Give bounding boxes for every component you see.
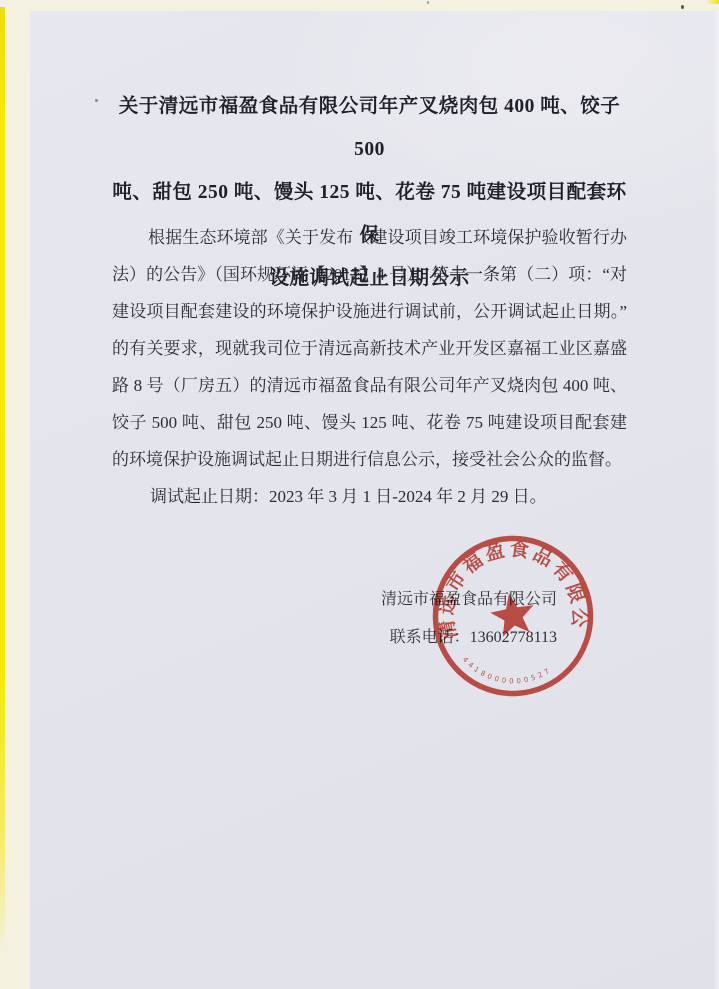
body-line: 建设项目配套建设的环境保护设施进行调试前，公开调试起止日期。” xyxy=(112,293,627,330)
scan-speck xyxy=(681,5,684,9)
document-page: 关于清远市福盈食品有限公司年产叉烧肉包 400 吨、饺子 500吨、甜包 250… xyxy=(30,11,719,989)
body-line: 调试起止日期：2023 年 3 月 1 日-2024 年 2 月 29 日。 xyxy=(112,478,627,515)
scan-speck xyxy=(95,99,98,102)
stamp-star-icon xyxy=(487,590,537,639)
body-line: 的环境保护设施调试起止日期进行信息公示，接受社会公众的监督。 xyxy=(112,441,627,478)
scanned-document: 关于清远市福盈食品有限公司年产叉烧肉包 400 吨、饺子 500吨、甜包 250… xyxy=(0,0,719,989)
scan-edge-yellow-strip xyxy=(0,7,5,955)
title-line: 关于清远市福盈食品有限公司年产叉烧肉包 400 吨、饺子 500 xyxy=(112,85,627,171)
scan-speck xyxy=(427,1,429,4)
scan-edge-yellow-fleck xyxy=(706,0,719,4)
body-line: 的有关要求，现就我司位于清远高新技术产业开发区嘉福工业区嘉盛 xyxy=(112,330,627,367)
body-line: 饺子 500 吨、甜包 250 吨、馒头 125 吨、花卷 75 吨建设项目配套… xyxy=(112,404,627,441)
body-line: 法）的公告》（国环规环评【2017】4 号），第十一条第（二）项：“对 xyxy=(112,256,627,293)
company-stamp: 清远市福盈食品有限公司 4418000000527 xyxy=(425,528,601,704)
body-line: 根据生态环境部《关于发布（建设项目竣工环境保护验收暂行办 xyxy=(112,219,627,256)
document-body: 根据生态环境部《关于发布（建设项目竣工环境保护验收暂行办法）的公告》（国环规环评… xyxy=(112,219,627,515)
body-line: 路 8 号（厂房五）的清远市福盈食品有限公司年产叉烧肉包 400 吨、 xyxy=(112,367,627,404)
